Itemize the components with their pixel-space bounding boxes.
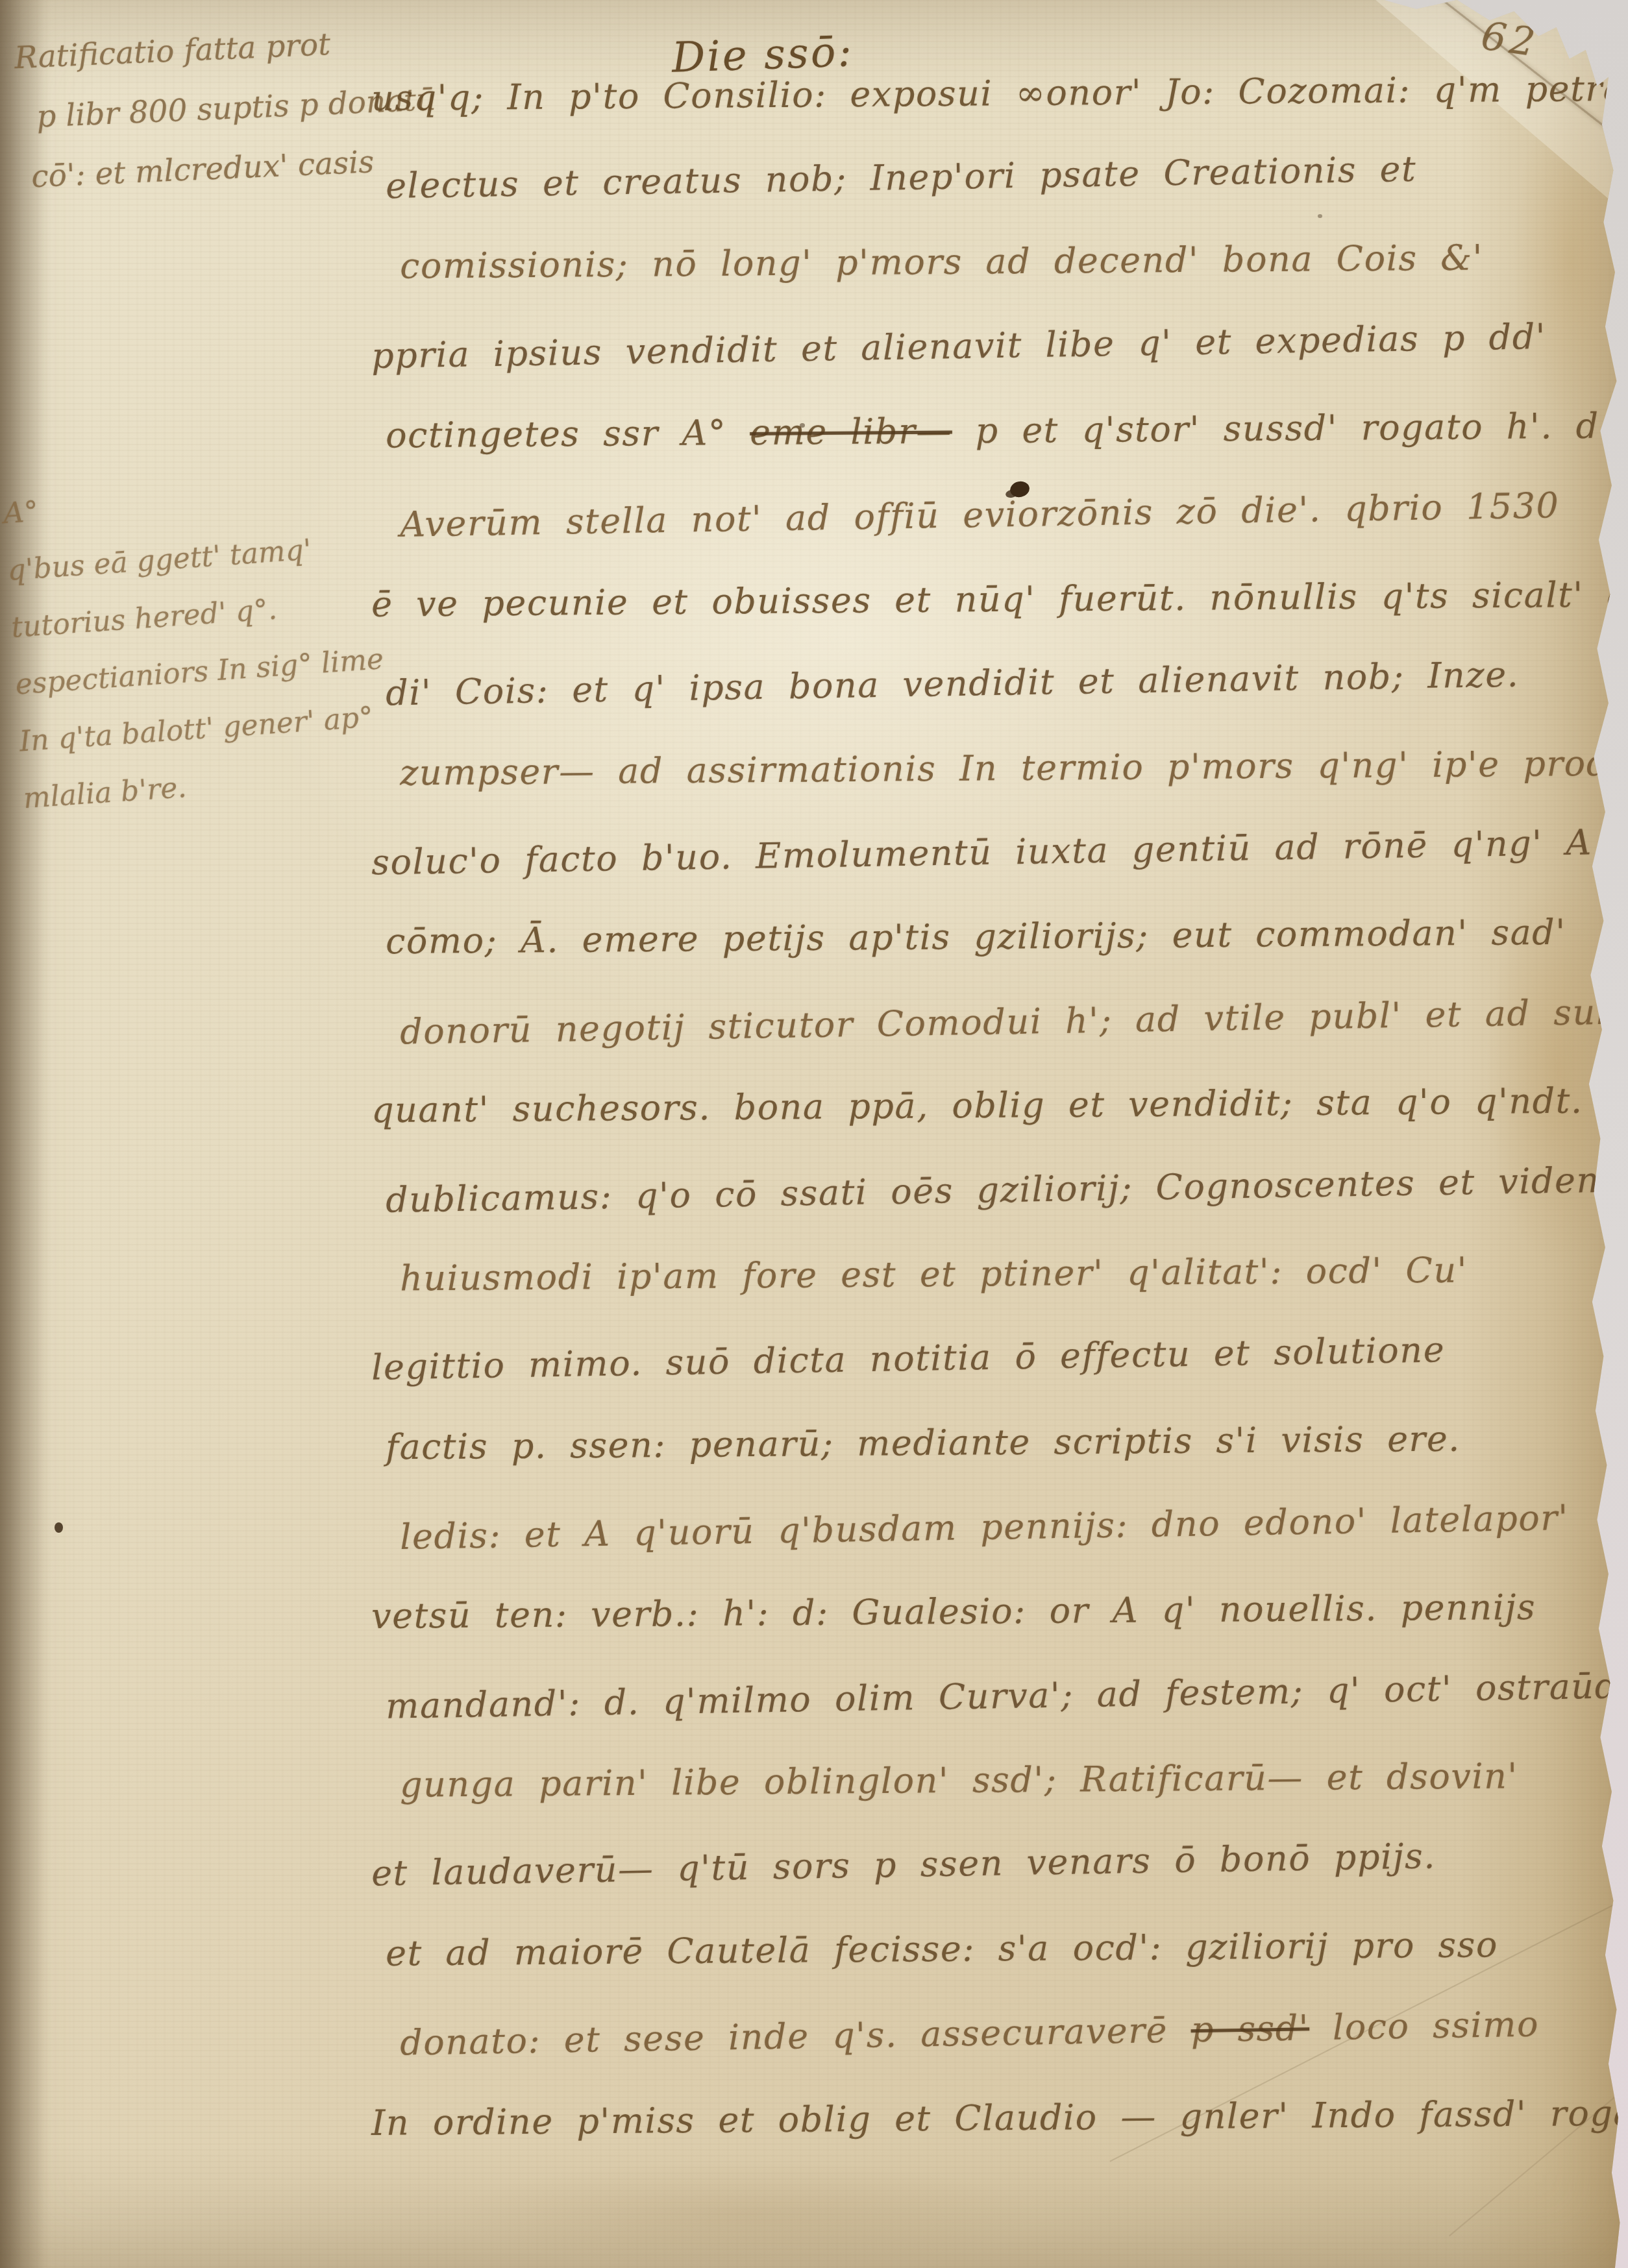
body-line: donorū negotij sticutor Comodui h'; ad v… [400,990,1628,1052]
body-line: huiusmodi ip'am fore est et ptiner' q'al… [400,1250,1468,1299]
struck-text: eme libr— [750,411,952,453]
bottom-stain [454,2161,1039,2268]
body-line: donato: et sese inde q's. assecuraverē p… [400,2003,1540,2063]
ink-speck [800,423,805,428]
body-line: usq'q; In p'to Consilio: exposui ∞onor' … [371,67,1628,119]
ink-speck [55,1522,63,1533]
body-line: cōmo; Ā. emere petijs ap'tis gziliorijs;… [386,912,1566,962]
body-line: legittio mimo. suō dicta notitia ō effec… [371,1329,1446,1387]
body-line: ē ve pecunie et obuisses et nūq' fuerūt.… [371,574,1628,624]
struck-text: p ssd' [1190,2007,1310,2050]
binding-gutter-shadow [0,0,45,2268]
body-line: In ordine p'miss et oblig et Claudio — g… [371,2092,1628,2143]
body-line: gunga parin' libe oblinglon' ssd'; Ratif… [400,1755,1518,1805]
body-line: electus et creatus nob; Inep'ori psate C… [386,149,1417,206]
margin-note-left: A°q'bus eā ggett' tamq'tutorius hered' q… [1,460,393,827]
ink-speck [1318,214,1322,218]
body-line: ppria ipsius vendidit et alienavit libe … [371,316,1547,376]
body-line: di' Cois: et q' ipsa bona vendidit et al… [386,654,1520,714]
body-line: Averūm stella not' ad offiū eviorzōnis z… [400,485,1560,545]
body-line: mandand': d. q'milmo olim Curva'; ad fes… [386,1665,1628,1727]
body-line: ledis: et A q'uorū q'busdam pennijs: dno… [400,1497,1570,1557]
body-line: factis p. ssen: penarū; mediante scripti… [386,1418,1461,1467]
body-line: soluc'o facto b'uo. Emolumentū iuxta gen… [371,822,1593,883]
body-line: comissionis; nō long' p'mors ad decend' … [400,237,1484,286]
body-line: zumpser— ad assirmationis In termio p'mo… [400,743,1628,794]
body-line: quant' suchesors. bona ppā, oblig et ven… [371,1080,1583,1131]
bottom-crease [1449,2048,1628,2237]
body-line: dublicamus: q'o cō ssati oēs gziliorij; … [386,1159,1626,1221]
manuscript-page: 62 Die ssō: Ratificatio fatta protp libr… [0,0,1628,2268]
body-line: vetsū ten: verb.: h': d: Gualesio: or A … [371,1587,1536,1637]
body-line: octingetes ssr A° eme libr— p et q'stor'… [386,406,1612,456]
manuscript-scan: 62 Die ssō: Ratificatio fatta protp libr… [0,0,1628,2268]
body-line: et ad maiorē Cautelā fecisse: s'a ocd': … [386,1924,1498,1973]
body-line: et laudaverū— q'tū sors p ssen venars ō … [371,1835,1437,1894]
